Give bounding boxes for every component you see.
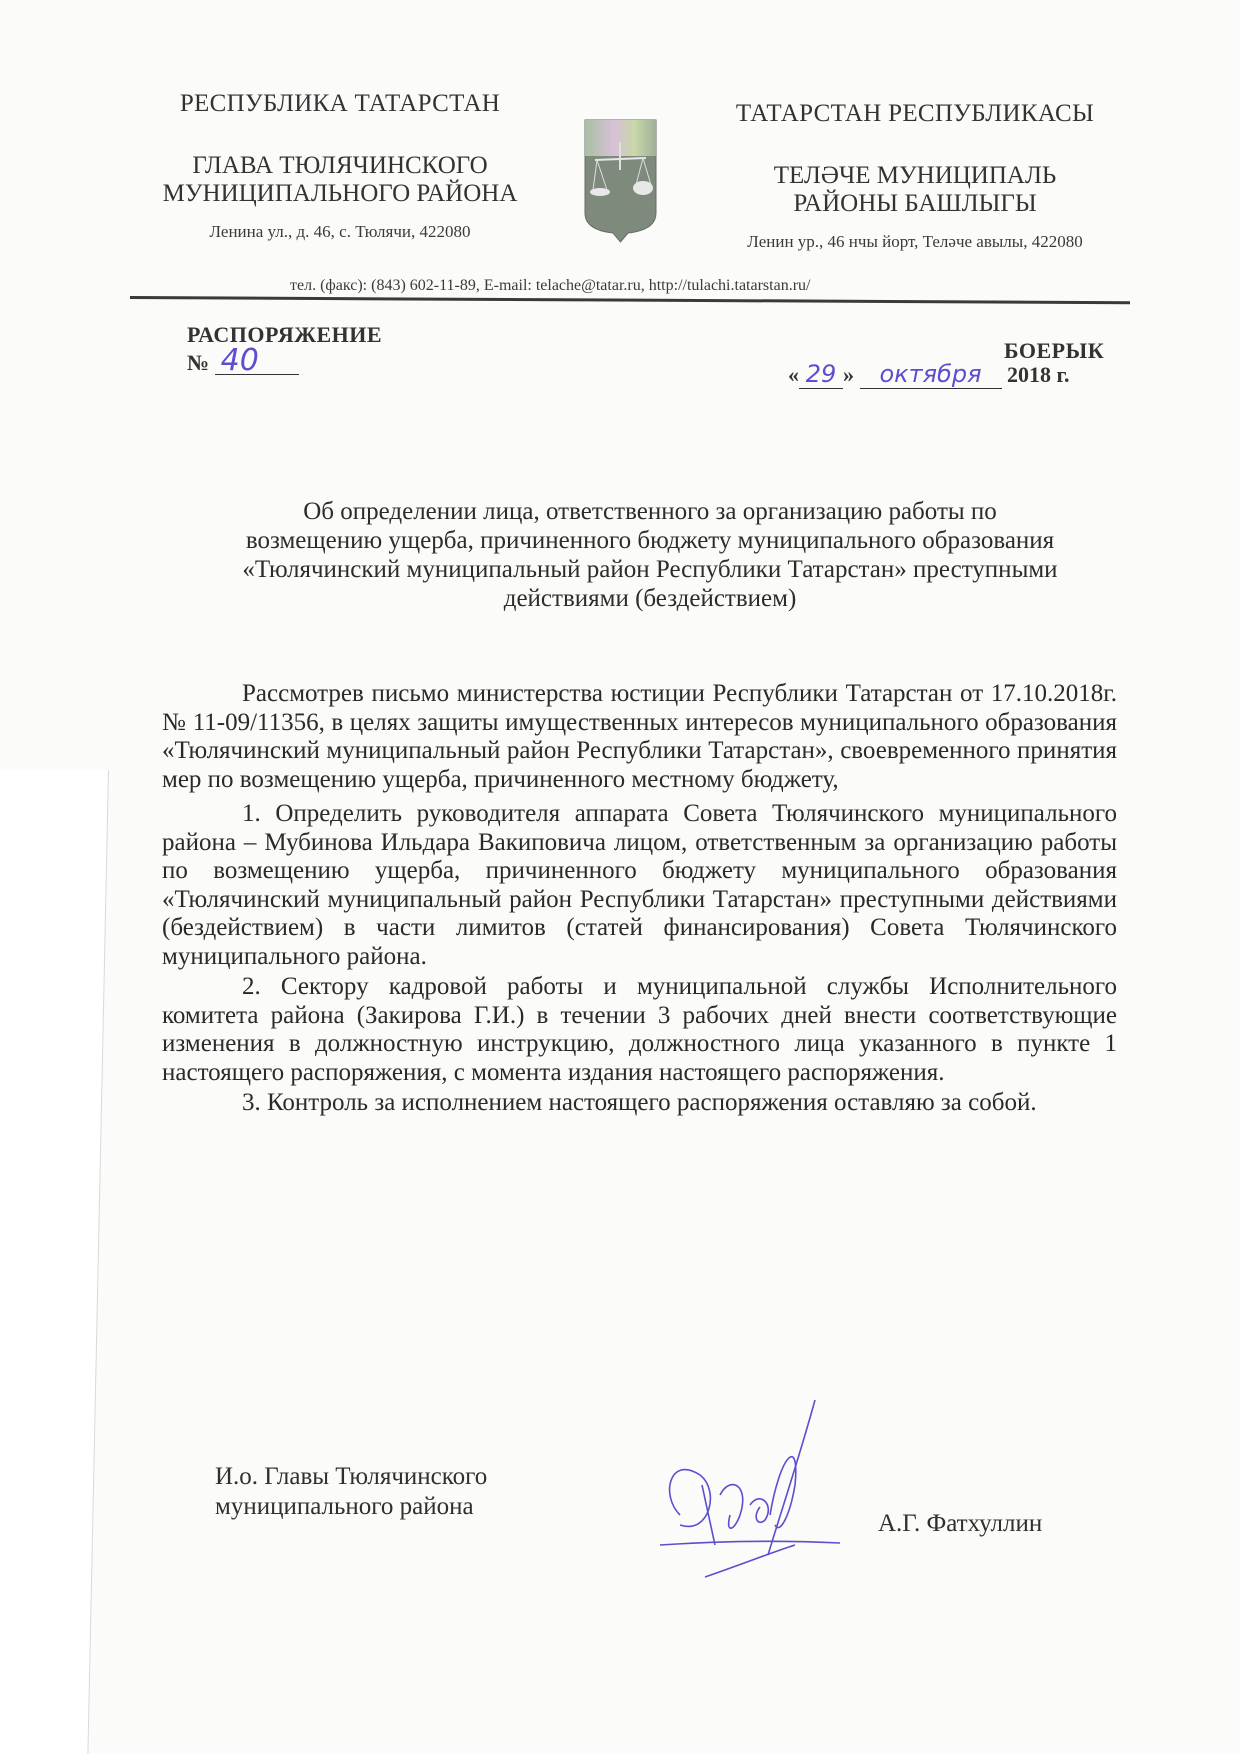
header-right-address: Ленин ур., 46 нчы йорт, Теләче авылы, 42… xyxy=(705,232,1125,252)
date-month: октября xyxy=(860,360,1002,389)
date-open-quote: « xyxy=(788,362,799,387)
header-right-org-line2: РАЙОНЫ БАШЛЫГЫ xyxy=(705,190,1125,218)
contacts-line: тел. (факс): (843) 602-11-89, E-mail: te… xyxy=(290,277,810,295)
document-body: Рассмотрев письмо министерства юстиции Р… xyxy=(162,680,1117,1118)
item-1: 1. Определить руководителя аппарата Сове… xyxy=(162,800,1117,971)
header-right-org-line1: ТЕЛӘЧЕ МУНИЦИПАЛЬ xyxy=(705,162,1125,190)
header-left-org-line2: МУНИЦИПАЛЬНОГО РАЙОНА xyxy=(140,180,540,208)
coat-of-arms-icon xyxy=(583,118,658,248)
header-left-org-line1: ГЛАВА ТЮЛЯЧИНСКОГО xyxy=(140,152,540,180)
header-right: ТАТАРСТАН РЕСПУБЛИКАСЫ ТЕЛӘЧЕ МУНИЦИПАЛЬ… xyxy=(705,100,1125,252)
document-title: Об определении лица, ответственного за о… xyxy=(160,497,1140,613)
header-right-republic: ТАТАРСТАН РЕСПУБЛИКАСЫ xyxy=(705,100,1125,128)
header-left: РЕСПУБЛИКА ТАТАРСТАН ГЛАВА ТЮЛЯЧИНСКОГО … xyxy=(140,90,540,242)
doc-number-value: 40 xyxy=(215,348,299,375)
preamble: Рассмотрев письмо министерства юстиции Р… xyxy=(162,680,1117,794)
handwritten-signature-icon xyxy=(640,1395,880,1585)
title-line: Об определении лица, ответственного за о… xyxy=(160,497,1140,526)
doc-number-label: № xyxy=(187,350,209,375)
doc-type-ru: РАСПОРЯЖЕНИЕ xyxy=(187,322,382,348)
header-divider xyxy=(130,296,1130,304)
date-close-quote: » xyxy=(843,362,854,387)
item-3: 3. Контроль за исполнением настоящего ра… xyxy=(162,1089,1117,1118)
title-line: возмещению ущерба, причиненного бюджету … xyxy=(160,526,1140,555)
signatory-position: И.о. Главы Тюлячинского муниципального р… xyxy=(215,1462,487,1522)
position-line2: муниципального района xyxy=(215,1492,487,1522)
header-left-republic: РЕСПУБЛИКА ТАТАРСТАН xyxy=(140,90,540,118)
date-day: 29 xyxy=(799,360,843,389)
position-line1: И.о. Главы Тюлячинского xyxy=(215,1462,487,1492)
signatory-name: А.Г. Фатхуллин xyxy=(878,1509,1042,1539)
title-line: «Тюлячинский муниципальный район Республ… xyxy=(160,555,1140,584)
doc-date: «29» октября 2018 г. xyxy=(788,360,1070,389)
item-2: 2. Сектору кадровой работы и муниципальн… xyxy=(162,973,1117,1087)
underlying-page-edge xyxy=(0,770,109,1754)
title-line: действиями (бездействием) xyxy=(160,584,1140,613)
date-year: 2018 г. xyxy=(1007,362,1070,387)
doc-number: № 40 xyxy=(187,348,299,376)
header-left-address: Ленина ул., д. 46, с. Тюлячи, 422080 xyxy=(140,222,540,242)
